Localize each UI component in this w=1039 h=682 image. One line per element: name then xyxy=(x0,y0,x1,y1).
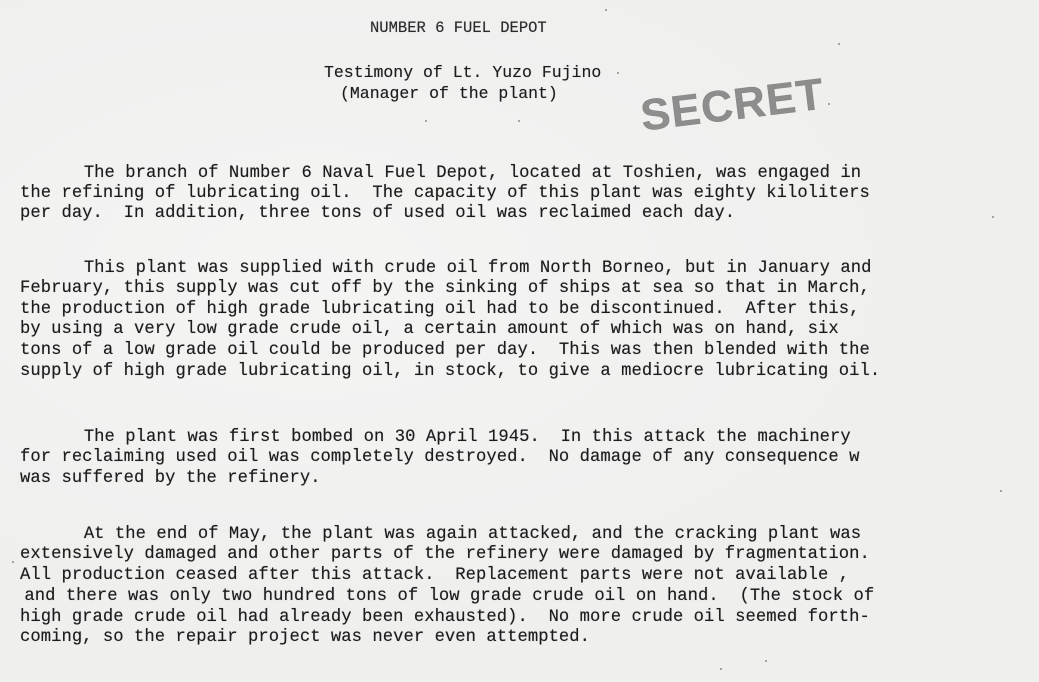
scan-speck xyxy=(1000,490,1002,492)
secret-stamp: SECRET xyxy=(638,70,827,142)
paragraph-1-line-1: The branch of Number 6 Naval Fuel Depot,… xyxy=(32,164,861,184)
scan-speck xyxy=(12,561,14,563)
scan-speck xyxy=(828,103,830,105)
document-title: NUMBER 6 FUEL DEPOT xyxy=(370,18,547,38)
paragraph-2-line-4: by using a very low grade crude oil, a c… xyxy=(20,320,839,340)
paragraph-4-line-3: All production ceased after this attack.… xyxy=(20,566,849,586)
paragraph-1-line-3: per day. In addition, three tons of used… xyxy=(20,204,735,224)
scan-speck xyxy=(720,668,722,670)
scan-speck xyxy=(765,660,767,662)
document-page: NUMBER 6 FUEL DEPOT Testimony of Lt. Yuz… xyxy=(0,0,1039,682)
paragraph-4-line-5: high grade crude oil had already been ex… xyxy=(20,608,870,628)
scan-speck xyxy=(617,72,619,74)
scan-speck xyxy=(838,43,840,45)
paragraph-4-line-6: coming, so the repair project was never … xyxy=(20,628,590,648)
paragraph-4-line-1: At the end of May, the plant was again a… xyxy=(32,525,861,545)
paragraph-4-line-2: extensively damaged and other parts of t… xyxy=(20,545,870,565)
paragraph-3-line-2: for reclaiming used oil was completely d… xyxy=(20,448,860,468)
paragraph-2-line-6: supply of high grade lubricating oil, in… xyxy=(20,362,880,382)
document-subtitle: Testimony of Lt. Yuzo Fujino xyxy=(324,63,601,83)
paragraph-3-line-1: The plant was first bombed on 30 April 1… xyxy=(32,428,851,448)
paragraph-4-line-4: and there was only two hundred tons of l… xyxy=(14,587,874,607)
paragraph-2-line-2: February, this supply was cut off by the… xyxy=(20,279,870,299)
scan-speck xyxy=(992,216,994,218)
scan-speck xyxy=(425,120,427,122)
document-subtitle-note: (Manager of the plant) xyxy=(340,84,558,104)
paragraph-2-line-3: the production of high grade lubricating… xyxy=(20,300,860,320)
paragraph-3-line-3: was suffered by the refinery. xyxy=(20,469,321,489)
scan-speck xyxy=(605,9,607,11)
paragraph-2-line-1: This plant was supplied with crude oil f… xyxy=(32,259,872,279)
paragraph-1-line-2: the refining of lubricating oil. The cap… xyxy=(20,184,870,204)
scan-speck xyxy=(518,120,520,122)
paragraph-2-line-5: tons of a low grade oil could be produce… xyxy=(20,341,870,361)
